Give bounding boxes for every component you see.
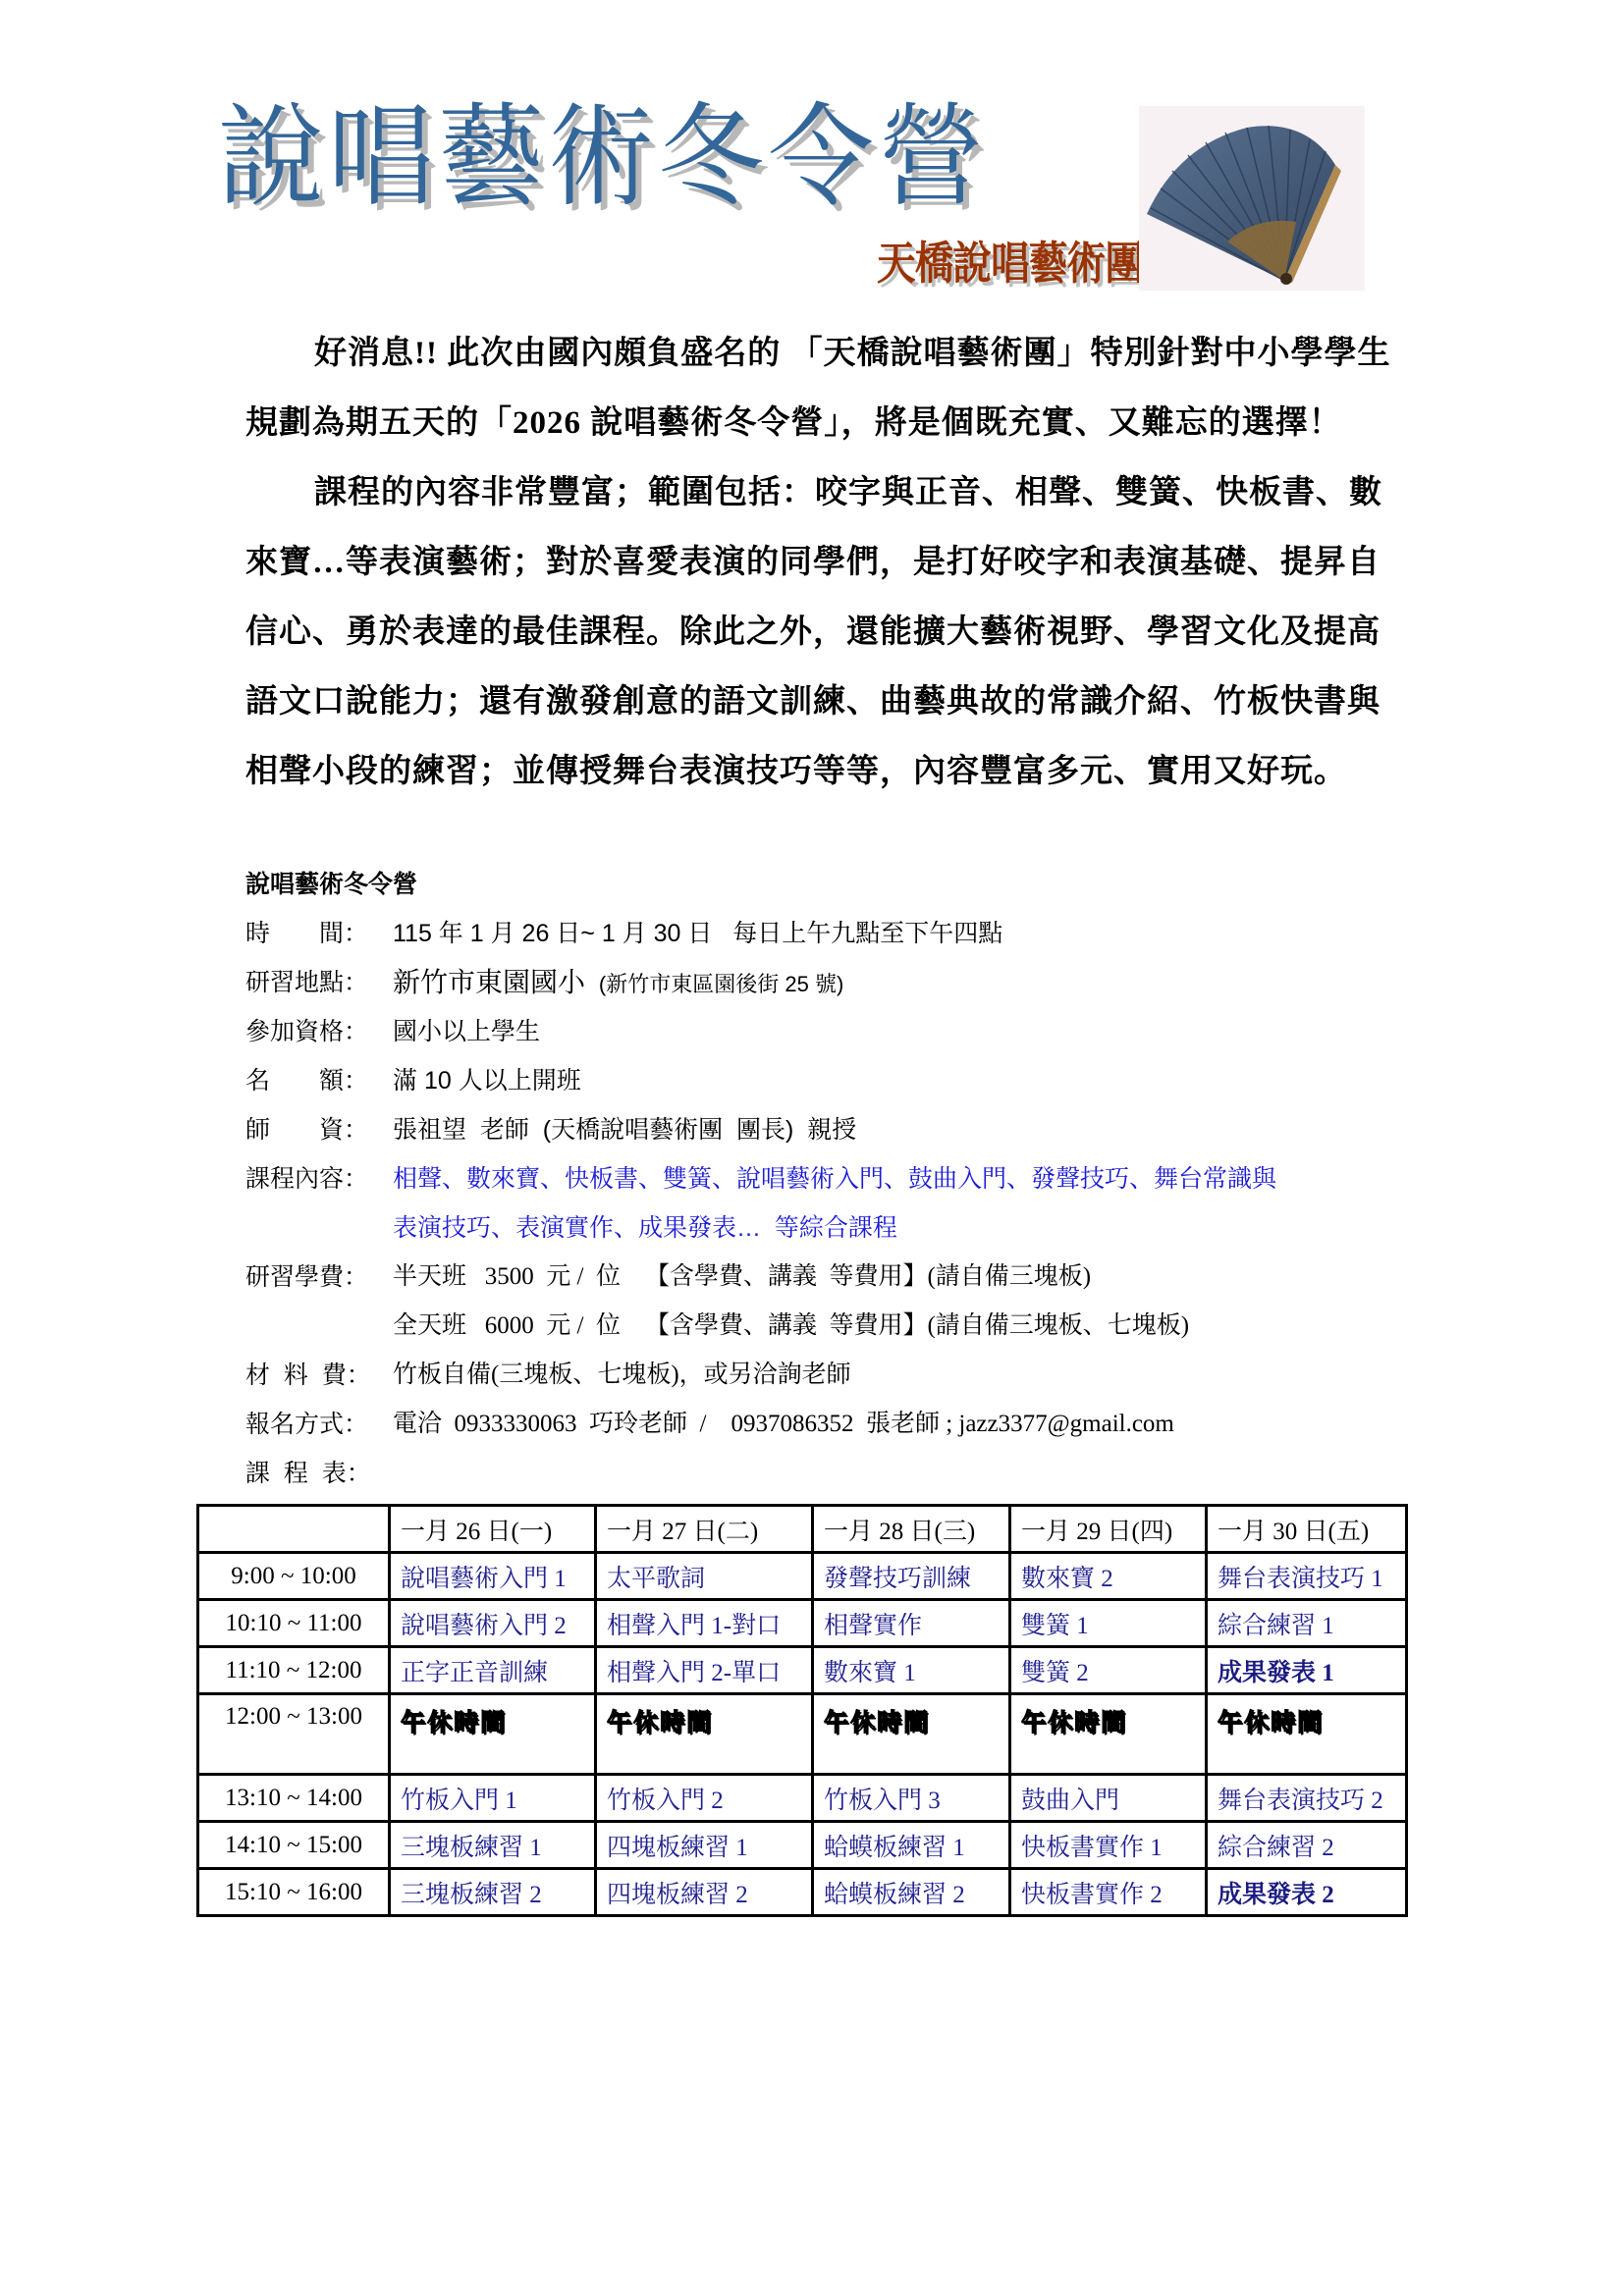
location-address: (新竹市東區園後街 25 號): [599, 972, 843, 996]
content-line-1: 相聲、數來寶、快板書、雙簧、說唱藝術入門、鼓曲入門、發聲技巧、舞台常識與: [393, 1162, 1424, 1211]
materials-value: 竹板自備(三塊板、七塊板)，或另洽詢老師: [393, 1359, 1424, 1408]
header-corner: [198, 1506, 390, 1553]
table-row-lunch: 12:00 ~ 13:00 午休時間 午休時間 午休時間 午休時間 午休時間: [198, 1694, 1407, 1775]
course-cell: 舞台表演技巧 2: [1207, 1775, 1407, 1822]
intro-text-1: 好消息!! 此次由國內頗負盛名的 「天橋說唱藝術團」特別針對中小學學生規劃為期五…: [245, 319, 1394, 458]
time-value: 115 年 1 月 26 日~ 1 月 30 日 每日上午九點至下午四點: [393, 917, 1424, 966]
info-heading: 說唱藝術冬令營: [245, 868, 1424, 901]
course-cell: 竹板入門 1: [390, 1775, 596, 1822]
course-cell: 相聲入門 2-單口: [596, 1647, 813, 1694]
time-slot: 10:10 ~ 11:00: [198, 1600, 390, 1647]
course-cell: 舞台表演技巧 1: [1207, 1553, 1407, 1600]
content-label: 課程內容：: [245, 1162, 393, 1211]
fees-label: 研習學費：: [245, 1260, 393, 1309]
info-content-2: 表演技巧、表演實作、成果發表… 等綜合課程: [245, 1211, 1424, 1260]
lunch-cell: 午休時間: [596, 1694, 813, 1775]
course-cell: 綜合練習 1: [1207, 1600, 1407, 1647]
info-teacher: 師 資： 張祖望 老師 (天橋說唱藝術團 團長) 親授: [245, 1113, 1424, 1162]
course-cell: 四塊板練習 2: [596, 1869, 813, 1916]
materials-label: 材 料 費：: [245, 1359, 393, 1408]
course-cell: 雙簧 2: [1010, 1647, 1207, 1694]
quota-value: 滿 10 人以上開班: [393, 1064, 1424, 1113]
table-row: 13:10 ~ 14:00 竹板入門 1 竹板入門 2 竹板入門 3 鼓曲入門 …: [198, 1775, 1407, 1822]
folding-fan-image: [1139, 106, 1365, 291]
course-cell: 快板書實作 1: [1010, 1822, 1207, 1869]
time-slot: 9:00 ~ 10:00: [198, 1553, 390, 1600]
signup-label: 報名方式：: [245, 1408, 393, 1457]
content-line-2: 表演技巧、表演實作、成果發表… 等綜合課程: [393, 1211, 1424, 1260]
course-cell: 三塊板練習 2: [390, 1869, 596, 1916]
course-cell: 雙簧 1: [1010, 1600, 1207, 1647]
eligibility-value: 國小以上學生: [393, 1015, 1424, 1064]
signup-value: 電洽 0933330063 巧玲老師 / 0937086352 張老師 ; ja…: [393, 1408, 1424, 1457]
intro-paragraph-2: 課程的內容非常豐富；範圍包括：咬字與正音、相聲、雙簧、快板書、數來寶…等表演藝術…: [245, 458, 1394, 807]
time-slot: 13:10 ~ 14:00: [198, 1775, 390, 1822]
fees-full-day: 全天班 6000 元 / 位 【含學費、講義 等費用】(請自備三塊板、七塊板): [393, 1309, 1424, 1359]
teacher-label: 師 資：: [245, 1113, 393, 1162]
lunch-cell: 午休時間: [1207, 1694, 1407, 1775]
table-row: 11:10 ~ 12:00 正字正音訓練 相聲入門 2-單口 數來寶 1 雙簧 …: [198, 1647, 1407, 1694]
lunch-cell: 午休時間: [390, 1694, 596, 1775]
table-row: 10:10 ~ 11:00 說唱藝術入門 2 相聲入門 1-對口 相聲實作 雙簧…: [198, 1600, 1407, 1647]
banner-title: 說唱藝術冬令營: [218, 90, 988, 225]
course-cell: 鼓曲入門: [1010, 1775, 1207, 1822]
header-day-4: 一月 29 日(四): [1010, 1506, 1207, 1553]
time-slot: 12:00 ~ 13:00: [198, 1694, 390, 1775]
info-content: 課程內容： 相聲、數來寶、快板書、雙簧、說唱藝術入門、鼓曲入門、發聲技巧、舞台常…: [245, 1162, 1424, 1211]
course-cell: 數來寶 2: [1010, 1553, 1207, 1600]
table-row: 14:10 ~ 15:00 三塊板練習 1 四塊板練習 1 蛤蟆板練習 1 快板…: [198, 1822, 1407, 1869]
intro-paragraph-1: 好消息!! 此次由國內頗負盛名的 「天橋說唱藝術團」特別針對中小學學生規劃為期五…: [245, 319, 1394, 458]
course-cell: 說唱藝術入門 2: [390, 1600, 596, 1647]
header-day-1: 一月 26 日(一): [390, 1506, 596, 1553]
info-fees-2: 全天班 6000 元 / 位 【含學費、講義 等費用】(請自備三塊板、七塊板): [245, 1309, 1424, 1359]
banner-subtitle: 天橋說唱藝術團: [877, 236, 1143, 291]
header-day-3: 一月 28 日(三): [813, 1506, 1010, 1553]
course-cell: 三塊板練習 1: [390, 1822, 596, 1869]
course-cell: 竹板入門 3: [813, 1775, 1010, 1822]
course-cell: 說唱藝術入門 1: [390, 1553, 596, 1600]
course-cell: 發聲技巧訓練: [813, 1553, 1010, 1600]
course-cell-showcase: 成果發表 1: [1207, 1647, 1407, 1694]
schedule-label: 課 程 表：: [245, 1457, 393, 1506]
info-quota: 名 額： 滿 10 人以上開班: [245, 1064, 1424, 1113]
info-fees: 研習學費： 半天班 3500 元 / 位 【含學費、講義 等費用】(請自備三塊板…: [245, 1260, 1424, 1309]
fees-half-day: 半天班 3500 元 / 位 【含學費、講義 等費用】(請自備三塊板): [393, 1260, 1424, 1309]
header-day-5: 一月 30 日(五): [1207, 1506, 1407, 1553]
content-indent: [245, 1211, 393, 1260]
schedule-header-row: 一月 26 日(一) 一月 27 日(二) 一月 28 日(三) 一月 29 日…: [198, 1506, 1407, 1553]
course-cell: 綜合練習 2: [1207, 1822, 1407, 1869]
course-cell: 快板書實作 2: [1010, 1869, 1207, 1916]
course-cell: 太平歌詞: [596, 1553, 813, 1600]
lunch-cell: 午休時間: [813, 1694, 1010, 1775]
info-eligibility: 參加資格： 國小以上學生: [245, 1015, 1424, 1064]
course-cell: 蛤蟆板練習 2: [813, 1869, 1010, 1916]
teacher-value: 張祖望 老師 (天橋說唱藝術團 團長) 親授: [393, 1113, 1424, 1162]
course-cell: 正字正音訓練: [390, 1647, 596, 1694]
info-signup: 報名方式： 電洽 0933330063 巧玲老師 / 0937086352 張老…: [245, 1408, 1424, 1457]
info-time: 時 間： 115 年 1 月 26 日~ 1 月 30 日 每日上午九點至下午四…: [245, 917, 1424, 966]
time-slot: 15:10 ~ 16:00: [198, 1869, 390, 1916]
fees-indent: [245, 1309, 393, 1359]
table-row: 15:10 ~ 16:00 三塊板練習 2 四塊板練習 2 蛤蟆板練習 2 快板…: [198, 1869, 1407, 1916]
header-day-2: 一月 27 日(二): [596, 1506, 813, 1553]
lunch-cell: 午休時間: [1010, 1694, 1207, 1775]
table-row: 9:00 ~ 10:00 說唱藝術入門 1 太平歌詞 發聲技巧訓練 數來寶 2 …: [198, 1553, 1407, 1600]
location-value: 新竹市東園國小: [393, 967, 585, 997]
course-cell: 四塊板練習 1: [596, 1822, 813, 1869]
schedule-table: 一月 26 日(一) 一月 27 日(二) 一月 28 日(三) 一月 29 日…: [196, 1504, 1408, 1917]
info-schedule-label: 課 程 表：: [245, 1457, 1424, 1506]
course-cell: 數來寶 1: [813, 1647, 1010, 1694]
intro-text-2: 課程的內容非常豐富；範圍包括：咬字與正音、相聲、雙簧、快板書、數來寶…等表演藝術…: [245, 458, 1394, 807]
course-cell: 蛤蟆板練習 1: [813, 1822, 1010, 1869]
course-cell: 竹板入門 2: [596, 1775, 813, 1822]
eligibility-label: 參加資格：: [245, 1015, 393, 1064]
course-cell-showcase: 成果發表 2: [1207, 1869, 1407, 1916]
course-cell: 相聲入門 1-對口: [596, 1600, 813, 1647]
info-location: 研習地點： 新竹市東園國小 (新竹市東區園後街 25 號): [245, 966, 1424, 1015]
time-label: 時 間：: [245, 917, 393, 966]
info-materials: 材 料 費： 竹板自備(三塊板、七塊板)，或另洽詢老師: [245, 1359, 1424, 1408]
course-cell: 相聲實作: [813, 1600, 1010, 1647]
location-label: 研習地點：: [245, 966, 393, 1015]
camp-info: 說唱藝術冬令營 時 間： 115 年 1 月 26 日~ 1 月 30 日 每日…: [245, 868, 1424, 1506]
time-slot: 14:10 ~ 15:00: [198, 1822, 390, 1869]
quota-label: 名 額：: [245, 1064, 393, 1113]
time-slot: 11:10 ~ 12:00: [198, 1647, 390, 1694]
